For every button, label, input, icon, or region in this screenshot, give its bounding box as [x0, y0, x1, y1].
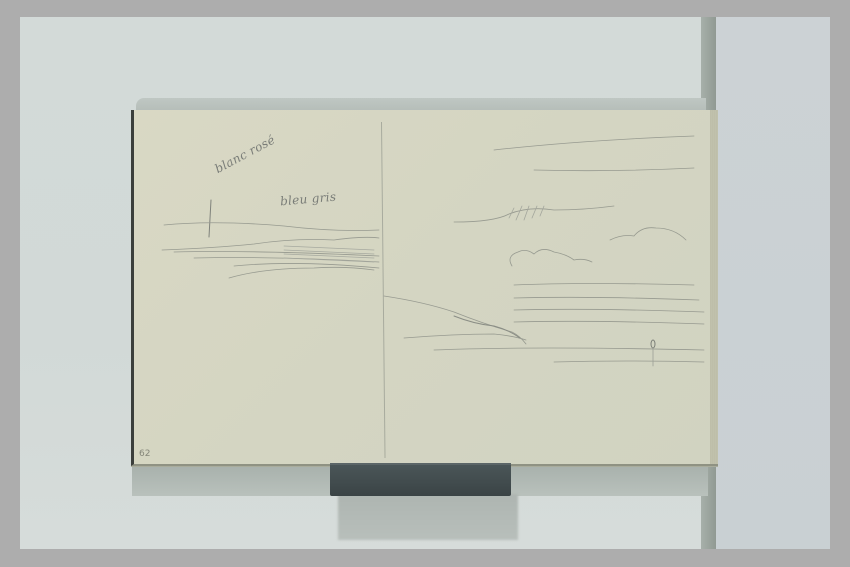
- left-landscape-sketch: [162, 200, 379, 278]
- sketchbook-spread: blanc rosé bleu gris 62: [131, 110, 718, 466]
- right-shore-sketch: [384, 296, 704, 362]
- page-number: 62: [139, 449, 150, 459]
- mat-background-right: [716, 17, 830, 549]
- figure-sketch: [651, 340, 655, 366]
- spine-shadow: [338, 494, 518, 540]
- sketchbook-spine: [330, 463, 511, 496]
- right-cloud-sketch: [454, 136, 704, 324]
